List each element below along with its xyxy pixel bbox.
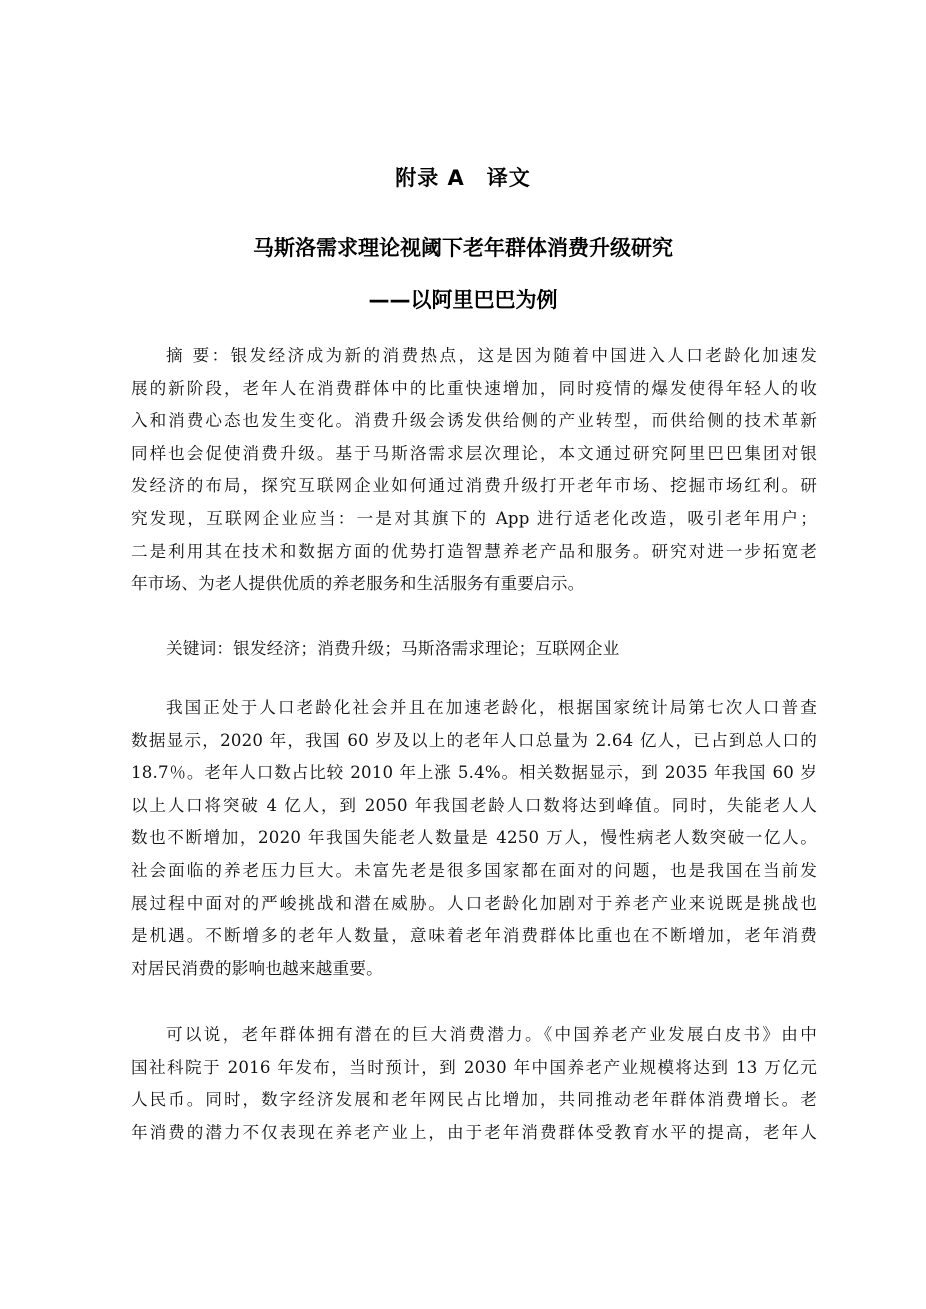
body-paragraph-1: 我国正处于人口老龄化社会并且在加速老龄化，根据国家统计局第七次人口普查 数据显示…	[131, 692, 817, 985]
keywords-line: 关键词：银发经济；消费升级；马斯洛需求理论；互联网企业	[131, 633, 817, 666]
body-line: 我国正处于人口老龄化社会并且在加速老龄化，根据国家统计局第七次人口普查	[131, 692, 817, 725]
body-line: 以上人口将突破 4 亿人，到 2050 年我国老龄人口数将达到峰值。同时，失能老…	[131, 790, 817, 823]
body-line: 人民币。同时，数字经济发展和老年网民占比增加，共同推动老年群体消费增长。老	[131, 1084, 817, 1117]
abstract-line: 展的新阶段，老年人在消费群体中的比重快速增加，同时疫情的爆发使得年轻人的收	[131, 373, 817, 406]
abstract-line: 二是利用其在技术和数据方面的优势打造智慧养老产品和服务。研究对进一步拓宽老	[131, 536, 817, 569]
abstract-line: 究发现，互联网企业应当：一是对其旗下的 App 进行适老化改造，吸引老年用户；	[131, 503, 817, 536]
paper-title: 马斯洛需求理论视阈下老年群体消费升级研究	[0, 232, 926, 262]
abstract-line: 年市场、为老人提供优质的养老服务和生活服务有重要启示。	[131, 568, 817, 601]
body-line: 是机遇。不断增多的老年人数量，意味着老年消费群体比重也在不断增加，老年消费	[131, 920, 817, 953]
body-paragraph-2: 可以说，老年群体拥有潜在的巨大消费潜力。《中国养老产业发展白皮书》由中 国社科院…	[131, 1019, 817, 1149]
abstract-line: 发经济的布局，探究互联网企业如何通过消费升级打开老年市场、挖掘市场红利。研	[131, 470, 817, 503]
body-line: 18.7％。老年人口数占比较 2010 年上涨 5.4%。相关数据显示，到 20…	[131, 757, 817, 790]
body-line: 数也不断增加，2020 年我国失能老人数量是 4250 万人，慢性病老人数突破一…	[131, 822, 817, 855]
document-page: 附录 A 译文 马斯洛需求理论视阈下老年群体消费升级研究 ——以阿里巴巴为例 摘…	[0, 0, 926, 1309]
appendix-heading: 附录 A 译文	[0, 162, 926, 192]
body-line: 可以说，老年群体拥有潜在的巨大消费潜力。《中国养老产业发展白皮书》由中	[131, 1019, 817, 1052]
body-line: 年消费的潜力不仅表现在养老产业上，由于老年消费群体受教育水平的提高，老年人	[131, 1117, 817, 1150]
abstract-line: 同样也会促使消费升级。基于马斯洛需求层次理论，本文通过研究阿里巴巴集团对银	[131, 438, 817, 471]
paper-subtitle: ——以阿里巴巴为例	[0, 284, 926, 314]
body-line: 国社科院于 2016 年发布，当时预计，到 2030 年中国养老产业规模将达到 …	[131, 1052, 817, 1085]
abstract-paragraph: 摘 要：银发经济成为新的消费热点，这是因为随着中国进入人口老龄化加速发 展的新阶…	[131, 340, 817, 601]
keywords-paragraph: 关键词：银发经济；消费升级；马斯洛需求理论；互联网企业	[131, 633, 817, 666]
body-line: 数据显示，2020 年，我国 60 岁及以上的老年人口总量为 2.64 亿人，已…	[131, 725, 817, 758]
body-line: 社会面临的养老压力巨大。未富先老是很多国家都在面对的问题，也是我国在当前发	[131, 855, 817, 888]
body-line: 展过程中面对的严峻挑战和潜在威胁。人口老龄化加剧对于养老产业来说既是挑战也	[131, 888, 817, 921]
body-line: 对居民消费的影响也越来越重要。	[131, 953, 817, 986]
abstract-line: 入和消费心态也发生变化。消费升级会诱发供给侧的产业转型，而供给侧的技术革新	[131, 405, 817, 438]
abstract-line: 摘 要：银发经济成为新的消费热点，这是因为随着中国进入人口老龄化加速发	[131, 340, 817, 373]
